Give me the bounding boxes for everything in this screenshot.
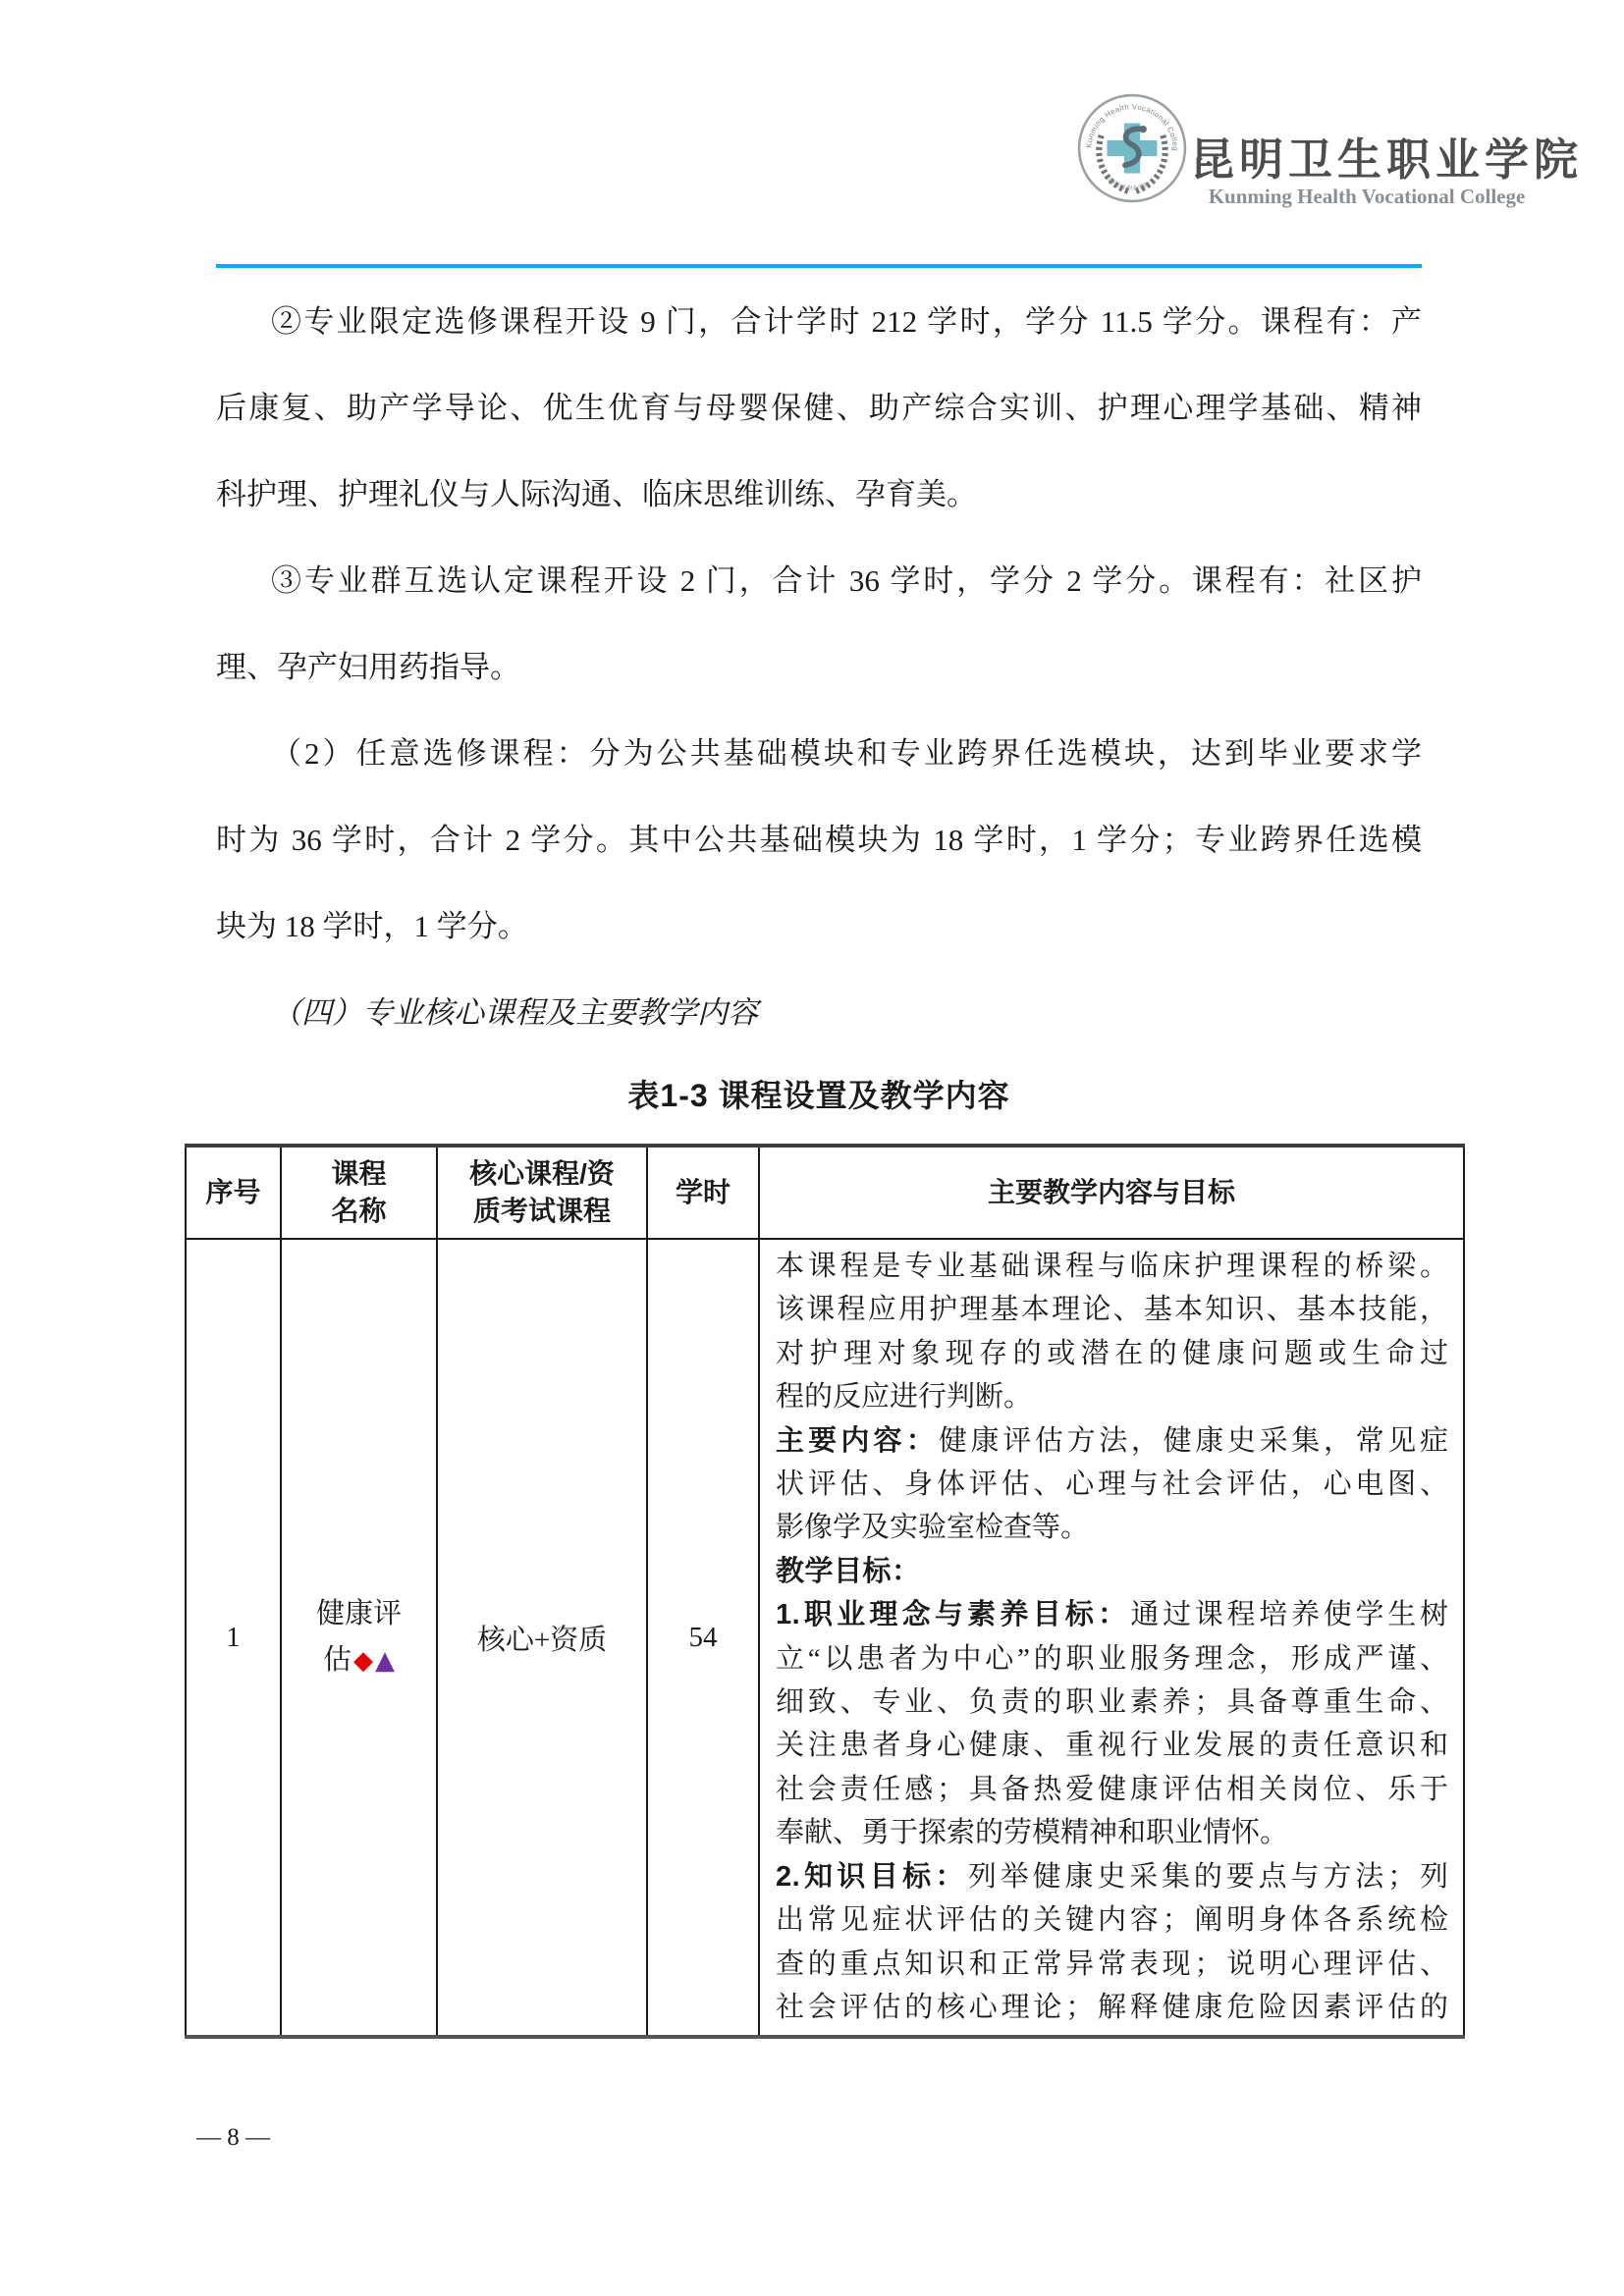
college-seal-graphic: Kunming Health Vocational College 昆明卫生职业…	[1076, 92, 1188, 204]
course-name-cell: 健康评估◆▲	[281, 1239, 437, 2037]
content-line: 查的重点知识和正常异常表现；说明心理评估、	[776, 1943, 1448, 1986]
content-line: 状评估、身体评估、心理与社会评估，心电图、	[776, 1463, 1448, 1506]
page-number: — 8 —	[196, 2124, 270, 2151]
body-line: （2）任意选修课程：分为公共基础模块和专业跨界任选模块，达到毕业要求学	[216, 711, 1422, 797]
content-line: 奉献、勇于探索的劳模精神和职业情怀。	[776, 1811, 1448, 1854]
course-name-text: 健康评估◆▲	[282, 1591, 436, 1684]
diamond-badge: ◆	[352, 1646, 373, 1676]
body-lines: ②专业限定选修课程开设 9 门，合计学时 212 学时，学分 11.5 学分。课…	[216, 279, 1422, 1056]
column-header: 学时	[647, 1146, 759, 1239]
body-line: 块为 18 学时，1 学分。	[216, 883, 1422, 970]
body-line: 时为 36 学时，合计 2 学分。其中公共基础模块为 18 学时，1 学分；专业…	[216, 797, 1422, 883]
hours-cell: 54	[647, 1239, 759, 2037]
content-line: 主要内容：健康评估方法，健康史采集，常见症	[776, 1419, 1448, 1463]
content-line: 程的反应进行判断。	[776, 1375, 1448, 1418]
content-line: 教学目标：	[776, 1550, 1448, 1593]
body-line: ②专业限定选修课程开设 9 门，合计学时 212 学时，学分 11.5 学分。课…	[216, 279, 1422, 365]
content-line: 该课程应用护理基本理论、基本知识、基本技能，	[776, 1288, 1448, 1331]
content-line: 细致、专业、负责的职业素养；具备尊重生命、	[776, 1681, 1448, 1724]
content-line: 1.职业理念与素养目标：通过课程培养使学生树	[776, 1593, 1448, 1636]
category-cell: 核心+资质	[437, 1239, 647, 2037]
content-line: 关注患者身心健康、重视行业发展的责任意识和	[776, 1724, 1448, 1767]
content-line: 社会责任感；具备热爱健康评估相关岗位、乐于	[776, 1768, 1448, 1811]
body-line: 理、孕产妇用药指导。	[216, 624, 1422, 711]
table-row: 1 健康评估◆▲ 核心+资质 54 本课程是专业基础课程与临床护理课程的桥梁。该…	[186, 1239, 1464, 2037]
content-line: 2.知识目标：列举健康史采集的要点与方法；列	[776, 1855, 1448, 1898]
column-header: 序号	[186, 1146, 281, 1239]
body-line: ③专业群互选认定课程开设 2 门，合计 36 学时，学分 2 学分。课程有：社区…	[216, 538, 1422, 624]
column-header: 核心课程/资质考试课程	[437, 1146, 647, 1239]
body-line: 科护理、护理礼仪与人际沟通、临床思维训练、孕育美。	[216, 452, 1422, 538]
content-line: 社会评估的核心理论；解释健康危险因素评估的	[776, 1986, 1448, 2029]
seq-cell: 1	[186, 1239, 281, 2037]
content-line: 出常见症状评估的关键内容；阐明身体各系统检	[776, 1898, 1448, 1942]
content-cell: 本课程是专业基础课程与临床护理课程的桥梁。该课程应用护理基本理论、基本知识、基本…	[759, 1239, 1464, 2037]
course-table: 序号课程名称核心课程/资质考试课程学时主要教学内容与目标 1 健康评估◆▲ 核心…	[185, 1144, 1465, 2039]
table-title: 表1-3 课程设置及教学内容	[216, 1068, 1422, 1123]
content-line: 立“以患者为中心”的职业服务理念，形成严谨、	[776, 1637, 1448, 1681]
college-name-calligraphy: 昆明卫生职业学院	[1190, 124, 1543, 187]
document-page: Kunming Health Vocational College 昆明卫生职业…	[0, 0, 1624, 2296]
content-line: 本课程是专业基础课程与临床护理课程的桥梁。	[776, 1245, 1448, 1288]
content-line: 影像学及实验室检查等。	[776, 1506, 1448, 1549]
header-rule	[216, 264, 1422, 268]
college-name-english: Kunming Health Vocational College	[1190, 185, 1543, 209]
column-header: 课程名称	[281, 1146, 437, 1239]
column-header: 主要教学内容与目标	[759, 1146, 1464, 1239]
body-line: 后康复、助产学导论、优生优育与母婴保健、助产综合实训、护理心理学基础、精神	[216, 365, 1422, 452]
dragon-head	[1140, 126, 1147, 133]
content-line: 对护理对象现存的或潜在的健康问题或生命过	[776, 1332, 1448, 1375]
table-header-row: 序号课程名称核心课程/资质考试课程学时主要教学内容与目标	[186, 1146, 1464, 1239]
body-line: （四）专业核心课程及主要教学内容	[216, 970, 1422, 1056]
triangle-badge: ▲	[373, 1646, 395, 1676]
page-footer: — 8 —	[196, 2124, 270, 2152]
college-seal-logo: Kunming Health Vocational College 昆明卫生职业…	[1076, 92, 1188, 204]
